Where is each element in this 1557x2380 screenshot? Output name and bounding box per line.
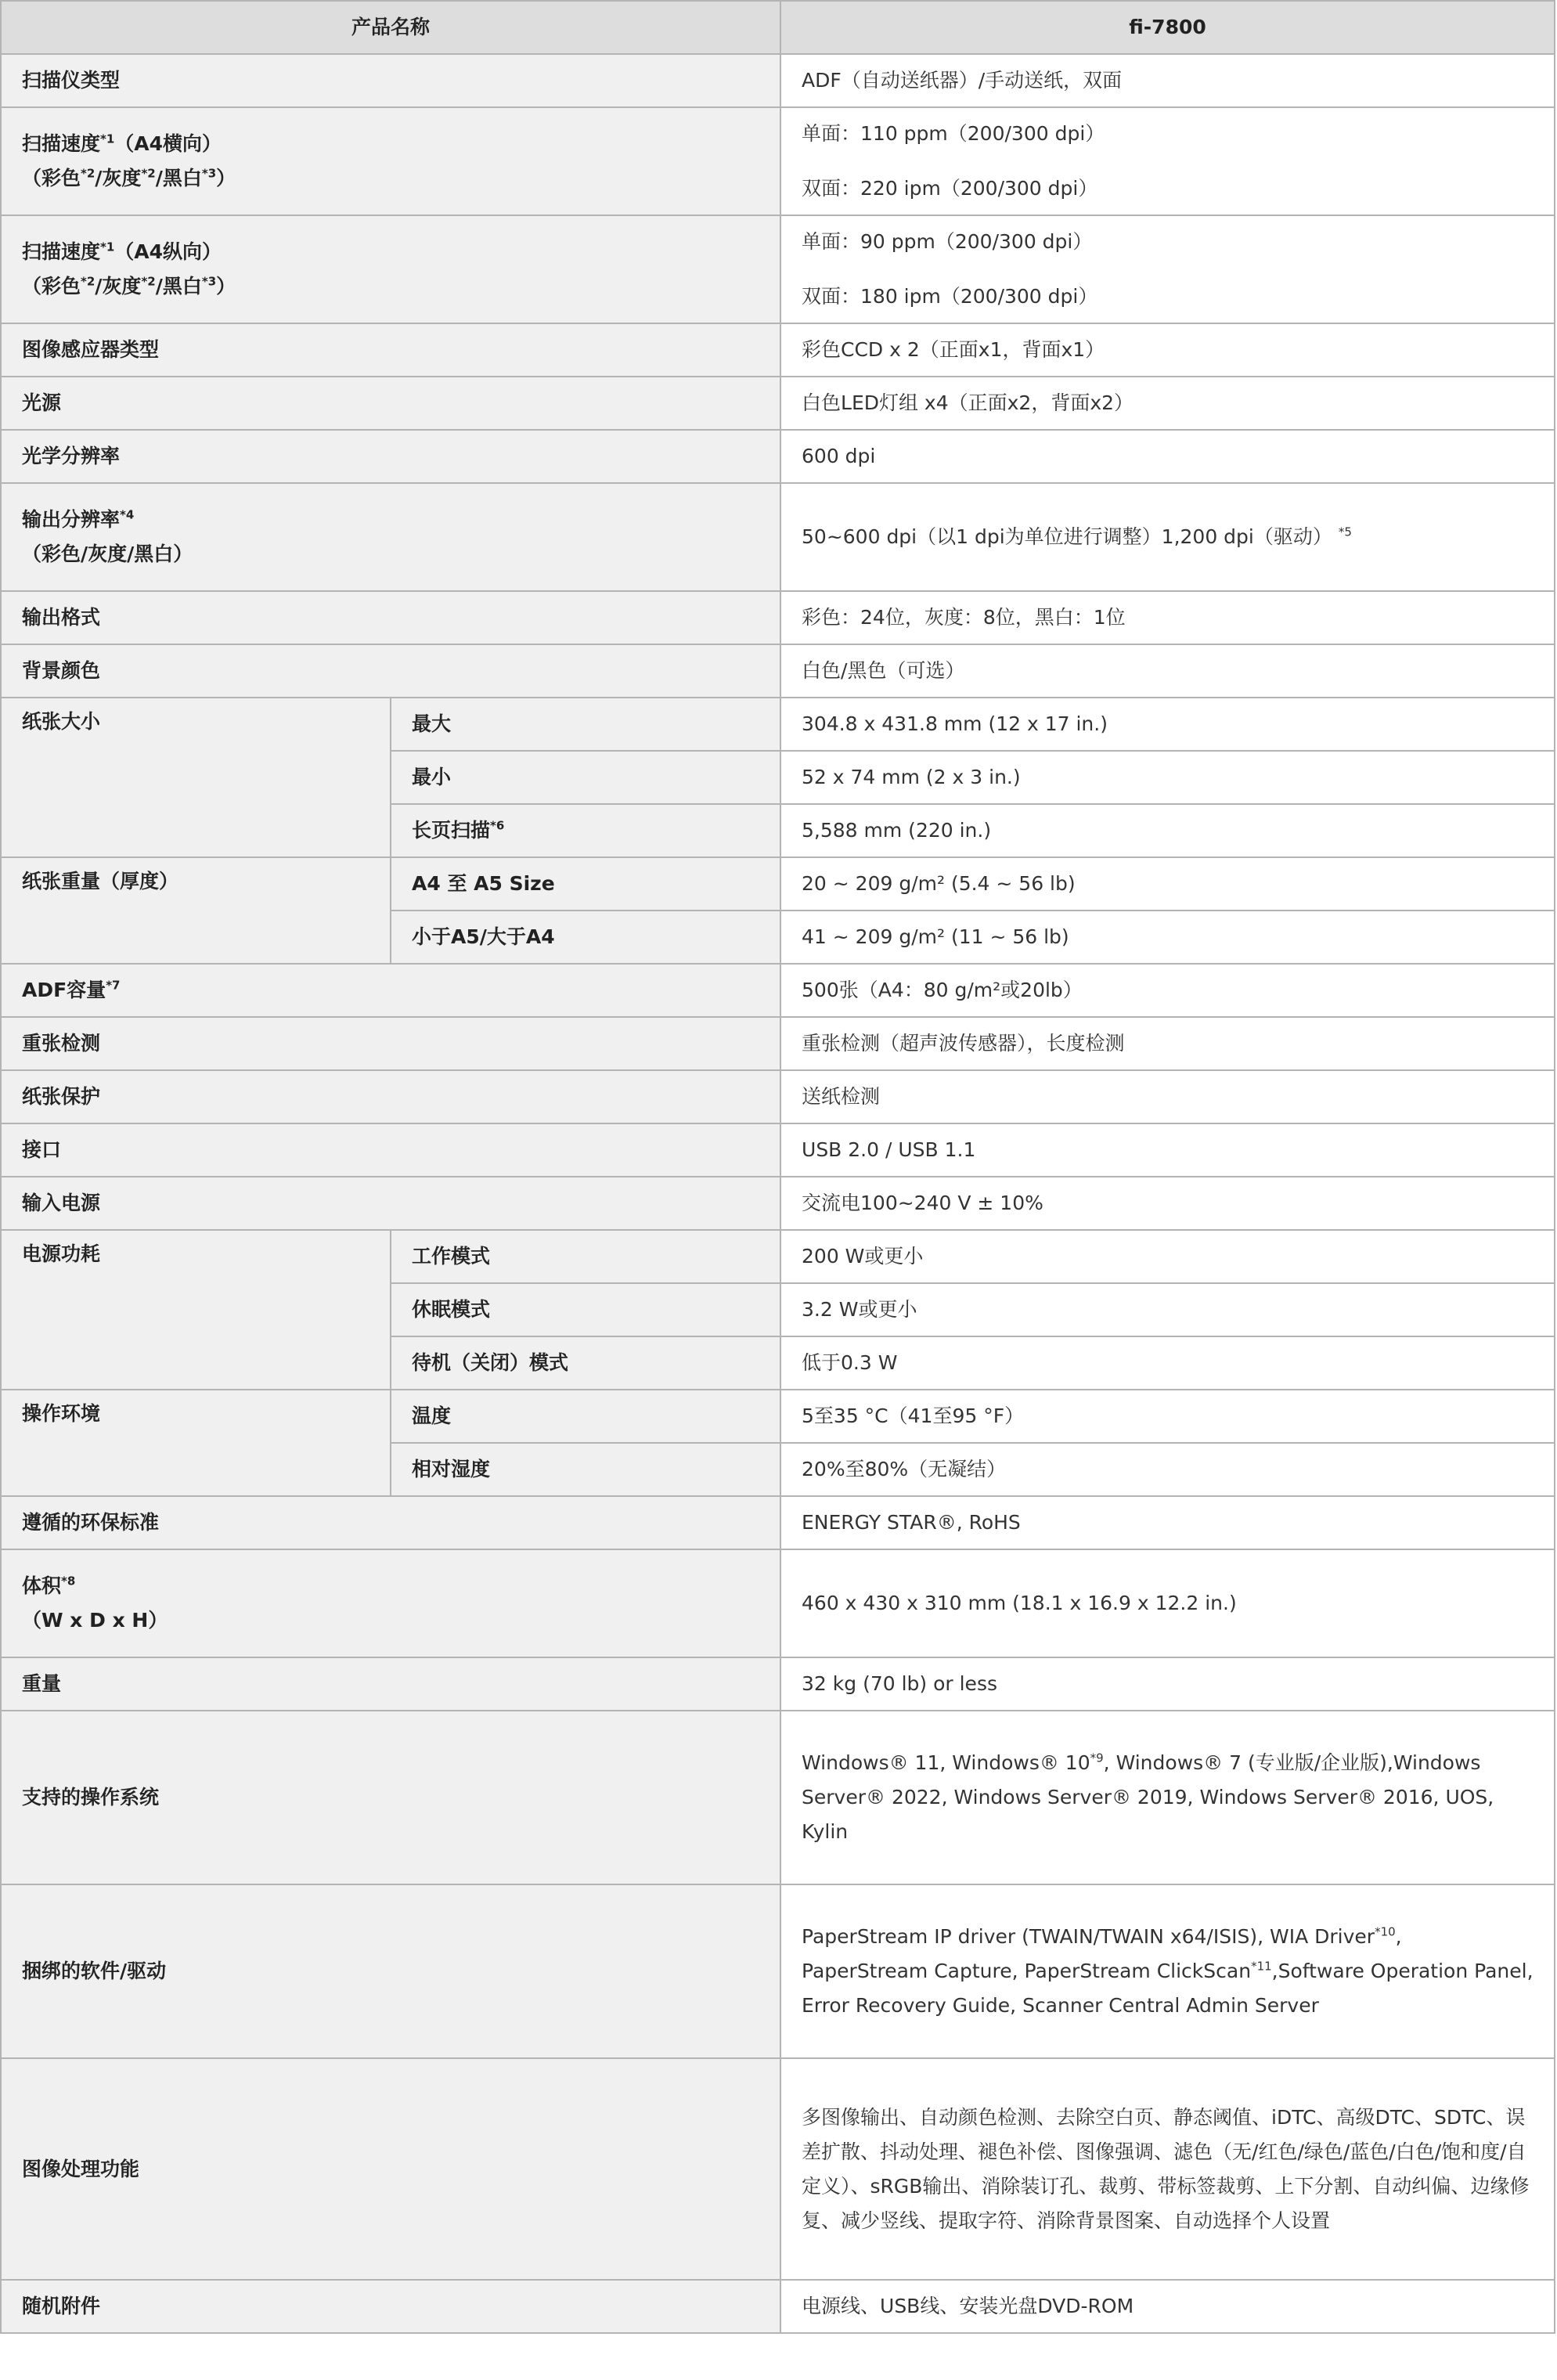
sub-value-paper-size-max: 304.8 x 431.8 mm (12 x 17 in.)	[780, 698, 1555, 751]
table-row: 输出格式 彩色：24位，灰度：8位，黑白：1位	[1, 591, 1555, 644]
table-row: 体积*8 （W x D x H） 460 x 430 x 310 mm (18.…	[1, 1549, 1555, 1657]
table-row: 纸张保护 送纸检测	[1, 1070, 1555, 1123]
row-value-output-format: 彩色：24位，灰度：8位，黑白：1位	[780, 591, 1555, 644]
table-row: 图像处理功能 多图像输出、自动颜色检测、去除空白页、静态阈值、iDTC、高级DT…	[1, 2058, 1555, 2280]
row-value-image-sensor: 彩色CCD x 2（正面x1，背面x1）	[780, 323, 1555, 377]
sub-value-long-page: 5,588 mm (220 in.)	[780, 804, 1555, 857]
row-value-included-items: 电源线、USB线、安装光盘DVD-ROM	[780, 2280, 1555, 2333]
sub-value-temperature: 5至35 °C（41至95 °F）	[780, 1390, 1555, 1443]
sub-label-standby-mode: 待机（关闭）模式	[391, 1336, 780, 1390]
sub-value-paper-weight-other: 41 ~ 209 g/m² (11 ~ 56 lb)	[780, 911, 1555, 964]
table-row: 输入电源 交流电100~240 V ± 10%	[1, 1177, 1555, 1230]
sub-label-sleep-mode: 休眠模式	[391, 1283, 780, 1336]
row-label-speed-portrait: 扫描速度*1（A4纵向） （彩色*2/灰度*2/黑白*3）	[1, 215, 780, 323]
row-value-speed-portrait: 单面：90 ppm（200/300 dpi） 双面：180 ipm（200/30…	[780, 215, 1555, 323]
row-value-light-source: 白色LED灯组 x4（正面x2，背面x2）	[780, 377, 1555, 430]
row-value-bundled-software: PaperStream IP driver (TWAIN/TWAIN x64/I…	[780, 1884, 1555, 2058]
sub-value-paper-weight-a4-a5: 20 ~ 209 g/m² (5.4 ~ 56 lb)	[780, 857, 1555, 911]
table-row: ADF容量*7 500张（A4：80 g/m²或20lb）	[1, 964, 1555, 1017]
sub-label-long-page: 长页扫描*6	[391, 804, 780, 857]
row-label-paper-size: 纸张大小	[1, 698, 391, 857]
row-label-included-items: 随机附件	[1, 2280, 780, 2333]
row-label-interface: 接口	[1, 1123, 780, 1177]
sub-value-standby-mode: 低于0.3 W	[780, 1336, 1555, 1390]
table-row: 操作环境 温度 5至35 °C（41至95 °F）	[1, 1390, 1555, 1443]
sub-label-humidity: 相对湿度	[391, 1443, 780, 1496]
table-row: 纸张大小 最大 304.8 x 431.8 mm (12 x 17 in.)	[1, 698, 1555, 751]
sub-value-paper-size-min: 52 x 74 mm (2 x 3 in.)	[780, 751, 1555, 804]
table-row: 输出分辨率*4 （彩色/灰度/黑白） 50~600 dpi（以1 dpi为单位进…	[1, 483, 1555, 591]
table-row: 遵循的环保标准 ENERGY STAR®, RoHS	[1, 1496, 1555, 1549]
row-label-optical-resolution: 光学分辨率	[1, 430, 780, 483]
row-value-dimensions: 460 x 430 x 310 mm (18.1 x 16.9 x 12.2 i…	[780, 1549, 1555, 1657]
table-row: 接口 USB 2.0 / USB 1.1	[1, 1123, 1555, 1177]
row-label-speed-landscape: 扫描速度*1（A4横向） （彩色*2/灰度*2/黑白*3）	[1, 107, 780, 215]
table-row: 扫描速度*1（A4横向） （彩色*2/灰度*2/黑白*3） 单面：110 ppm…	[1, 107, 1555, 215]
sub-label-paper-size-min: 最小	[391, 751, 780, 804]
table-row: 支持的操作系统 Windows® 11, Windows® 10*9, Wind…	[1, 1711, 1555, 1884]
row-value-supported-os: Windows® 11, Windows® 10*9, Windows® 7 (…	[780, 1711, 1555, 1884]
row-value-adf-capacity: 500张（A4：80 g/m²或20lb）	[780, 964, 1555, 1017]
row-value-output-resolution: 50~600 dpi（以1 dpi为单位进行调整）1,200 dpi（驱动） *…	[780, 483, 1555, 591]
row-label-env-compliance: 遵循的环保标准	[1, 1496, 780, 1549]
row-label-operating-environment: 操作环境	[1, 1390, 391, 1496]
table-row: 图像感应器类型 彩色CCD x 2（正面x1，背面x1）	[1, 323, 1555, 377]
row-label-output-resolution: 输出分辨率*4 （彩色/灰度/黑白）	[1, 483, 780, 591]
row-value-env-compliance: ENERGY STAR®, RoHS	[780, 1496, 1555, 1549]
row-label-image-processing: 图像处理功能	[1, 2058, 780, 2280]
row-label-dimensions: 体积*8 （W x D x H）	[1, 1549, 780, 1657]
sub-value-operating-mode: 200 W或更小	[780, 1230, 1555, 1283]
row-value-scanner-type: ADF（自动送纸器）/手动送纸，双面	[780, 54, 1555, 107]
table-row: 扫描速度*1（A4纵向） （彩色*2/灰度*2/黑白*3） 单面：90 ppm（…	[1, 215, 1555, 323]
row-label-power-input: 输入电源	[1, 1177, 780, 1230]
row-label-image-sensor: 图像感应器类型	[1, 323, 780, 377]
row-label-weight: 重量	[1, 1657, 780, 1711]
row-label-supported-os: 支持的操作系统	[1, 1711, 780, 1884]
row-label-adf-capacity: ADF容量*7	[1, 964, 780, 1017]
row-value-paper-protection: 送纸检测	[780, 1070, 1555, 1123]
row-value-image-processing: 多图像输出、自动颜色检测、去除空白页、静态阈值、iDTC、高级DTC、SDTC、…	[780, 2058, 1555, 2280]
table-row: 背景颜色 白色/黑色（可选）	[1, 644, 1555, 698]
row-value-multifeed: 重张检测（超声波传感器），长度检测	[780, 1017, 1555, 1070]
row-label-scanner-type: 扫描仪类型	[1, 54, 780, 107]
sub-value-sleep-mode: 3.2 W或更小	[780, 1283, 1555, 1336]
row-value-weight: 32 kg (70 lb) or less	[780, 1657, 1555, 1711]
row-label-multifeed: 重张检测	[1, 1017, 780, 1070]
row-value-speed-landscape: 单面：110 ppm（200/300 dpi） 双面：220 ipm（200/3…	[780, 107, 1555, 215]
row-value-optical-resolution: 600 dpi	[780, 430, 1555, 483]
table-row: 光源 白色LED灯组 x4（正面x2，背面x2）	[1, 377, 1555, 430]
table-header-row: 产品名称 fi-7800	[1, 1, 1555, 54]
row-value-background-color: 白色/黑色（可选）	[780, 644, 1555, 698]
row-label-bundled-software: 捆绑的软件/驱动	[1, 1884, 780, 2058]
row-value-power-input: 交流电100~240 V ± 10%	[780, 1177, 1555, 1230]
header-product-name: 产品名称	[1, 1, 780, 54]
table-row: 光学分辨率 600 dpi	[1, 430, 1555, 483]
row-label-light-source: 光源	[1, 377, 780, 430]
table-row: 纸张重量（厚度） A4 至 A5 Size 20 ~ 209 g/m² (5.4…	[1, 857, 1555, 911]
sub-label-operating-mode: 工作模式	[391, 1230, 780, 1283]
row-label-paper-weight: 纸张重量（厚度）	[1, 857, 391, 964]
table-row: 重张检测 重张检测（超声波传感器），长度检测	[1, 1017, 1555, 1070]
sub-label-temperature: 温度	[391, 1390, 780, 1443]
table-row: 扫描仪类型 ADF（自动送纸器）/手动送纸，双面	[1, 54, 1555, 107]
row-value-interface: USB 2.0 / USB 1.1	[780, 1123, 1555, 1177]
table-row: 重量 32 kg (70 lb) or less	[1, 1657, 1555, 1711]
table-row: 捆绑的软件/驱动 PaperStream IP driver (TWAIN/TW…	[1, 1884, 1555, 2058]
sub-label-paper-weight-a4-a5: A4 至 A5 Size	[391, 857, 780, 911]
row-label-background-color: 背景颜色	[1, 644, 780, 698]
spec-table: 产品名称 fi-7800 扫描仪类型 ADF（自动送纸器）/手动送纸，双面 扫描…	[0, 0, 1555, 2334]
sub-label-paper-size-max: 最大	[391, 698, 780, 751]
table-row: 电源功耗 工作模式 200 W或更小	[1, 1230, 1555, 1283]
row-label-power-consumption: 电源功耗	[1, 1230, 391, 1390]
row-label-paper-protection: 纸张保护	[1, 1070, 780, 1123]
table-row: 随机附件 电源线、USB线、安装光盘DVD-ROM	[1, 2280, 1555, 2333]
header-model: fi-7800	[780, 1, 1555, 54]
row-label-output-format: 输出格式	[1, 591, 780, 644]
sub-label-paper-weight-other: 小于A5/大于A4	[391, 911, 780, 964]
sub-value-humidity: 20%至80%（无凝结）	[780, 1443, 1555, 1496]
